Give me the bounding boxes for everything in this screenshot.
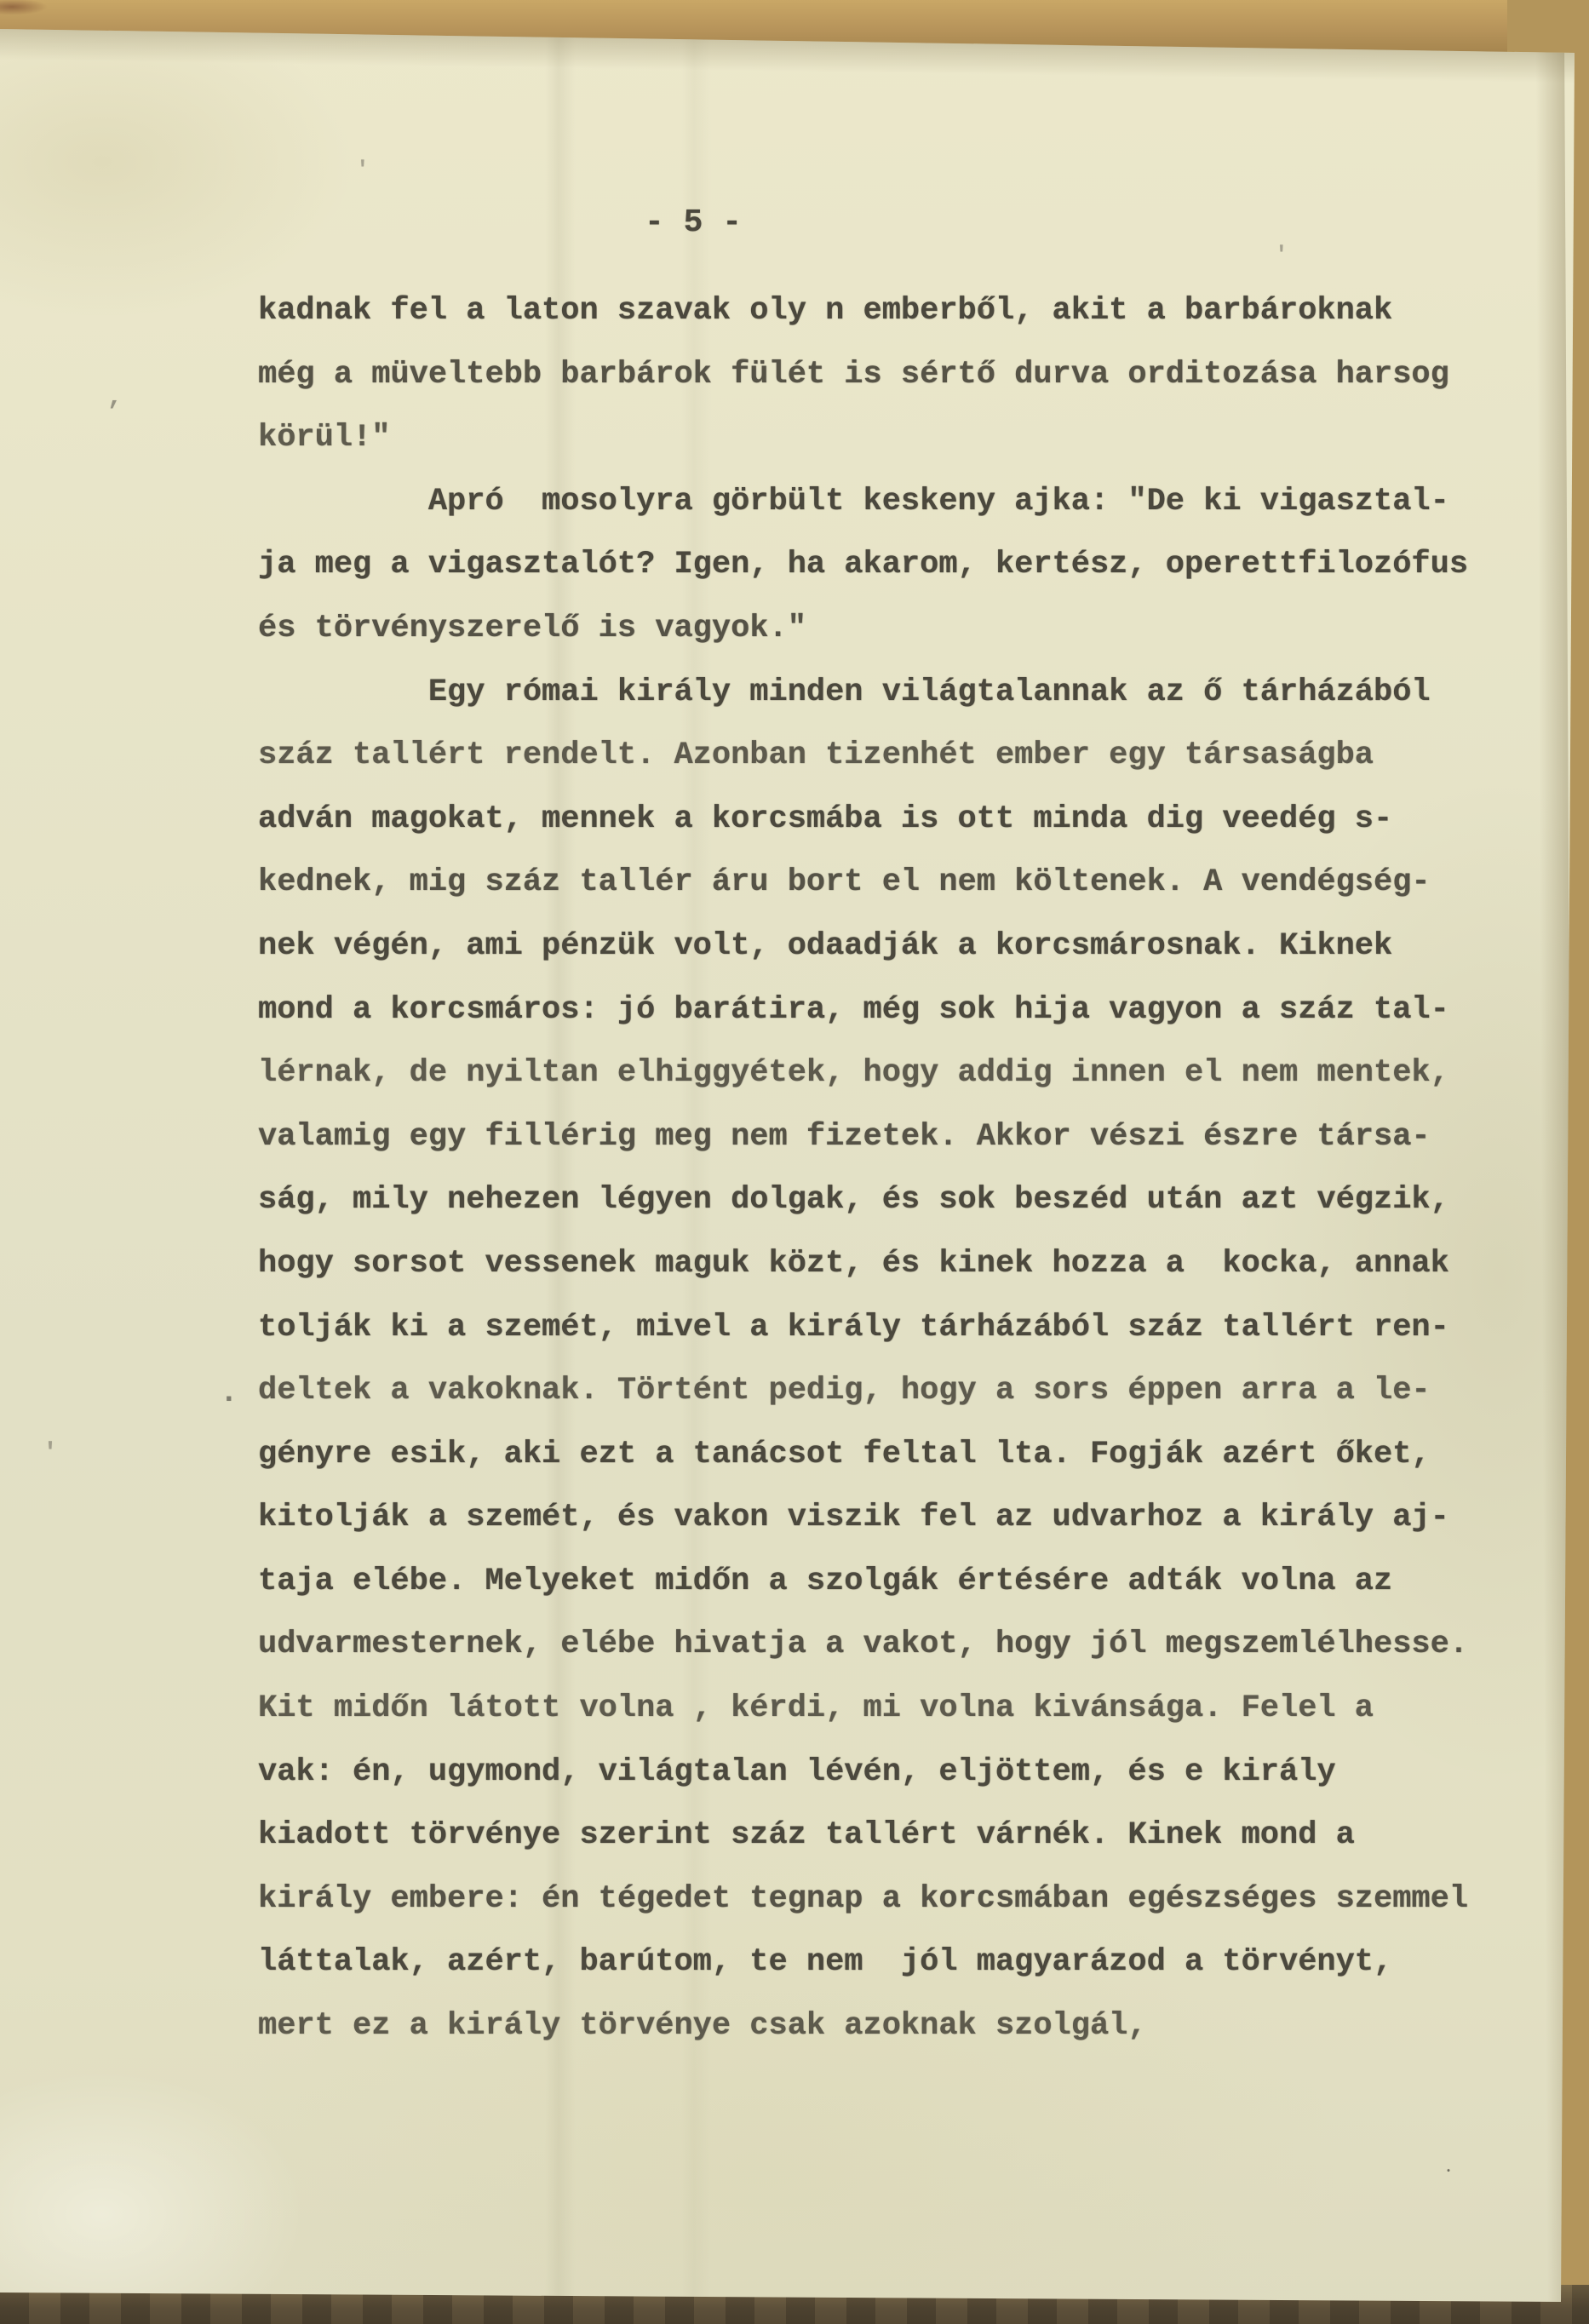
text-line: ság, mily nehezen légyen dolgak, és sok …: [258, 1168, 1518, 1232]
text-line: lérnak, de nyiltan elhiggyétek, hogy add…: [258, 1041, 1518, 1105]
text-line: hogy sorsot vessenek maguk közt, és kine…: [258, 1232, 1518, 1296]
stray-ink-mark: ': [976, 308, 990, 330]
stray-ink-mark: .: [220, 1378, 238, 1409]
stray-ink-mark: ,: [107, 385, 123, 410]
text-line: még a müveltebb barbárok fülét is sértő …: [258, 343, 1518, 407]
text-line: valamig egy fillérig meg nem fizetek. Ak…: [258, 1105, 1518, 1169]
text-line: vak: én, ugymond, világtalan lévén, eljö…: [258, 1741, 1518, 1805]
typed-body: kadnak fel a laton szavak oly n emberből…: [258, 279, 1518, 2058]
text-line: száz tallért rendelt. Azonban tizenhét e…: [258, 724, 1518, 788]
text-line: és törvényszerelő is vagyok.": [258, 597, 1518, 661]
stray-ink-mark: ': [356, 158, 370, 181]
text-line: nek végén, ami pénzük volt, odaadják a k…: [258, 915, 1518, 978]
text-line: adván magokat, mennek a korcsmába is ott…: [258, 788, 1518, 852]
text-line: Kit midőn látott volna , kérdi, mi volna…: [258, 1677, 1518, 1741]
text-line: tolják ki a szemét, mivel a király tárhá…: [258, 1296, 1518, 1360]
text-line: udvarmesternek, elébe hivatja a vakot, h…: [258, 1613, 1518, 1677]
text-line: deltek a vakoknak. Történt pedig, hogy a…: [258, 1359, 1518, 1423]
text-line: körül!": [258, 406, 1518, 470]
photo-of-typewritten-page: - 5 - kadnak fel a laton szavak oly n em…: [0, 0, 1589, 2324]
text-line: láttalak, azért, barútom, te nem jól mag…: [258, 1931, 1518, 1994]
stray-ink-mark: ': [43, 1441, 58, 1466]
text-line: kednek, mig száz tallér áru bort el nem …: [258, 851, 1518, 915]
text-line: taja elébe. Melyeket midőn a szolgák ért…: [258, 1550, 1518, 1614]
text-line: Apró mosolyra görbült keskeny ajka: "De …: [258, 470, 1518, 534]
text-line: ja meg a vigasztalót? Igen, ha akarom, k…: [258, 533, 1518, 597]
page-number: - 5 -: [645, 204, 742, 241]
stray-ink-mark: ': [1275, 244, 1288, 266]
stray-ink-mark: •: [1446, 2168, 1451, 2177]
text-line: kiadott törvénye szerint száz tallért vá…: [258, 1804, 1518, 1868]
text-line: kitolják a szemét, és vakon viszik fel a…: [258, 1486, 1518, 1550]
text-line: kadnak fel a laton szavak oly n emberből…: [258, 279, 1518, 343]
paper-sheet: - 5 - kadnak fel a laton szavak oly n em…: [0, 0, 1589, 2324]
text-line: gényre esik, aki ezt a tanácsot feltal l…: [258, 1423, 1518, 1487]
text-line: mond a korcsmáros: jó barátira, még sok …: [258, 978, 1518, 1042]
text-line: mert ez a király törvénye csak azoknak s…: [258, 1994, 1518, 2058]
text-line: király embere: én tégedet tegnap a korcs…: [258, 1868, 1518, 1931]
text-line: Egy római király minden világtalannak az…: [258, 661, 1518, 725]
